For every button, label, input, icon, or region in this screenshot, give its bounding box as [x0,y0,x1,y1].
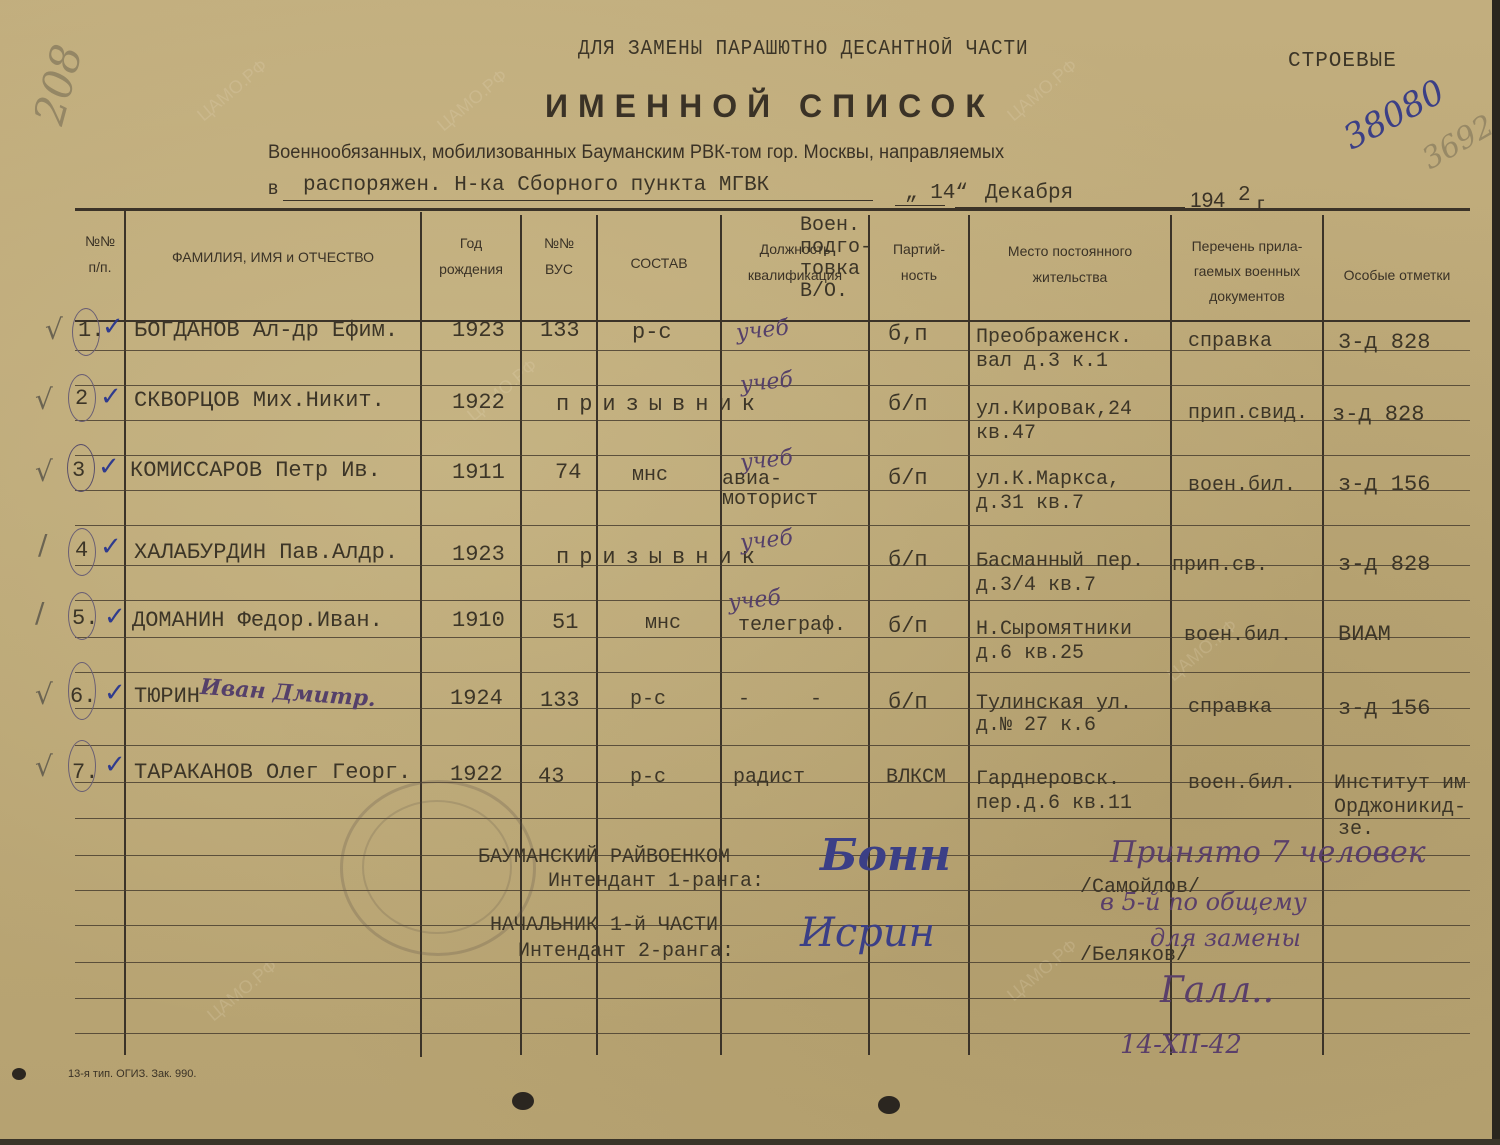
row-sostav: р-с [630,766,666,789]
row-num: 1. [78,318,104,343]
document-page [0,0,1500,1145]
row-rule [75,1033,1470,1034]
top-stamp: ДЛЯ ЗАМЕНЫ ПАРАШЮТНО ДЕСАНТНОЙ ЧАСТИ [578,38,1029,61]
row-rule [75,672,1470,673]
header-text: жительства [970,264,1170,290]
destination-underline [283,200,873,201]
header-text: товка [800,259,872,281]
row-notes: з-д 156 [1338,472,1430,497]
date-month: Декабря [985,182,1073,205]
blue-check-icon: ✓ [104,678,126,708]
blue-check-icon: ✓ [100,382,122,412]
row-num: 4 [75,538,88,563]
row-party: б/п [888,548,928,573]
row-birth-year: 1923 [452,542,505,567]
row-rule [75,525,1470,526]
row-name: БОГДАНОВ Ал-др Ефим. [134,318,398,343]
header-typed-overlay: Воен. подго- товка В/О. [800,215,872,303]
header-text: В/О. [800,281,872,303]
receipt-note-1: Принято 7 человек [1110,835,1426,870]
row-notes: з-д 828 [1332,402,1424,427]
header-text: Особые отметки [1324,262,1470,288]
header-text: рождения [422,256,520,282]
row-address-1: ул.К.Маркса, [976,468,1120,491]
row-num: 2 [75,386,88,411]
row-position: телеграф. [738,614,846,637]
printer-imprint: 13-я тип. ОГИЗ. Зак. 990. [68,1068,196,1080]
col-divider [720,215,722,1055]
row-documents: прип.св. [1172,554,1268,577]
rank1-line: Интендант 1-ранга: [548,870,764,893]
punch-hole [12,1068,26,1080]
row-name: ТАРАКАНОВ Олег Георг. [134,760,411,785]
header-text: №№ [75,228,125,254]
row-rule [75,745,1470,746]
row-address-2: кв.47 [976,422,1036,445]
header-text: п/п. [75,254,125,280]
row-name: ДОМАНИН Федор.Иван. [132,608,383,633]
header-text: ность [870,262,968,288]
row-sostav: р-с [630,688,666,711]
row-sostav: р-с [632,320,672,345]
row-documents: воен.бил. [1188,772,1296,795]
header-sostav: СОСТАВ [598,250,720,276]
header-text: документов [1172,284,1322,309]
row-birth-year: 1911 [452,460,505,485]
row-sostav: призывник [556,545,765,570]
header-text: Перечень прила- [1172,234,1322,259]
row-address-2: вал д.3 к.1 [976,350,1108,373]
row-address-2: д.№ 27 к.6 [976,714,1096,737]
row-name: ТЮРИН [134,684,200,709]
receipt-note-2: в 5-й по общему [1100,888,1307,916]
header-text: №№ [522,230,596,256]
header-text: подго- [800,237,872,259]
header-residence: Место постоянного жительства [970,238,1170,290]
row-party: б/п [888,392,928,417]
row-rule [75,962,1470,963]
header-text: ВУС [522,256,596,282]
row-address-2: пер.д.6 кв.11 [976,792,1132,815]
header-text: гаемых военных [1172,259,1322,284]
row-birth-year: 1910 [452,608,505,633]
pencil-check-icon: / [38,528,47,561]
header-vus: №№ ВУС [522,230,596,282]
header-num: №№ п/п. [75,228,125,280]
blue-check-icon: ✓ [98,452,120,482]
row-sostav: мнс [645,612,681,635]
blue-check-icon: ✓ [102,312,124,342]
row-birth-year: 1923 [452,318,505,343]
scan-edge-bottom [0,1139,1500,1145]
row-position-2: моторист [722,488,818,511]
dest-prefix: в [268,178,278,200]
row-address-1: Гарднеровск. [976,768,1120,791]
signature-1: Бонн [820,830,951,881]
year-suffix: 2 [1238,184,1251,207]
org-line: БАУМАНСКИЙ РАЙВОЕНКОМ [478,846,730,869]
col-divider [124,210,126,1055]
header-documents: Перечень прила- гаемых военных документо… [1172,234,1322,309]
receipt-signature: Галл.. [1160,970,1274,1011]
row-notes: з-д 156 [1338,696,1430,721]
row-party: б/п [888,466,928,491]
header-notes: Особые отметки [1324,262,1470,288]
pencil-check-icon: √ [35,678,53,711]
row-address-1: ул.Кировак,24 [976,398,1132,421]
row-vus: 43 [538,764,564,789]
pencil-check-icon: √ [35,383,53,416]
row-party: б,п [888,322,928,347]
row-num: 7. [72,760,98,785]
row-rule [75,818,1470,819]
header-birth-year: Год рождения [422,230,520,282]
row-address-1: Преображенск. [976,326,1132,349]
row-address-1: Басманный пер. [976,550,1144,573]
header-text: Год [422,230,520,256]
row-name: КОМИССАРОВ Петр Ив. [130,458,381,483]
header-party: Партий- ность [870,236,968,288]
row-documents: справка [1188,330,1272,353]
punch-hole [512,1092,534,1110]
row-documents: справка [1188,696,1272,719]
row-party: б/п [888,690,928,715]
row-documents: воен.бил. [1184,624,1292,647]
row-notes-2: Орджоникид- [1334,796,1466,819]
col-divider [968,215,970,1055]
header-text: Место постоянного [970,238,1170,264]
header-text: Воен. [800,215,872,237]
punch-hole [878,1096,900,1114]
row-birth-year: 1924 [450,686,503,711]
row-vus: 51 [552,610,578,635]
row-notes: ВИАМ [1338,622,1391,647]
pencil-check-icon: / [35,596,44,629]
chief-line: НАЧАЛЬНИК 1-й ЧАСТИ [490,914,718,937]
pencil-check-icon: √ [45,313,63,346]
destination-field: распоряжен. Н-ка Сборного пункта МГВК [303,174,769,197]
col-divider [1322,215,1324,1055]
row-position: радист [733,766,805,789]
pencil-check-icon: √ [35,455,53,488]
corner-stamp: СТРОЕВЫЕ [1288,50,1397,73]
signature-2: Исрин [800,910,935,956]
row-vus: 133 [540,688,580,713]
row-party: б/п [888,614,928,639]
row-notes: 3-д 828 [1338,330,1430,355]
receipt-date: 14-XII-42 [1120,1030,1242,1060]
rank2-line: Интендант 2-ранга: [518,940,734,963]
row-address-1: Н.Сыромятники [976,618,1132,641]
row-address-2: д.3/4 кв.7 [976,574,1096,597]
row-num: 6. [70,684,96,709]
row-address-1: Тулинская ул. [976,692,1132,715]
receipt-note-3: для замены [1150,924,1301,952]
row-num: 3 [72,458,85,483]
row-num: 5. [72,606,98,631]
row-notes: Институт им [1334,772,1466,795]
year-g: г. [1257,193,1268,217]
row-name: СКВОРЦОВ Мих.Никит. [134,388,385,413]
row-position: - - [738,688,822,711]
header-name: ФАМИЛИЯ, ИМЯ и ОТЧЕСТВО [126,244,420,270]
blue-check-icon: ✓ [104,602,126,632]
header-text: СОСТАВ [598,250,720,276]
row-documents: прип.свид. [1188,402,1308,425]
table-top-border [75,208,1470,211]
page-subtitle: Военнообязанных, мобилизованных Бауманск… [268,142,1004,164]
row-birth-year: 1922 [452,390,505,415]
row-documents: воен.бил. [1188,474,1296,497]
row-vus: 133 [540,318,580,343]
row-address-2: д.31 кв.7 [976,492,1084,515]
pencil-check-icon: √ [35,750,53,783]
row-sostav: мнс [632,464,668,487]
row-sostav: призывник [556,392,765,417]
blue-check-icon: ✓ [104,750,126,780]
blue-check-icon: ✓ [100,532,122,562]
org-name: БАУМАНСКИЙ РАЙВОЕНКОМ [478,846,730,869]
row-vus: 74 [555,460,581,485]
header-text: Партий- [870,236,968,262]
page-title: ИМЕННОЙ СПИСОК [545,88,995,125]
row-party: ВЛКСМ [886,766,946,789]
row-name: ХАЛАБУРДИН Пав.Алдр. [134,540,398,565]
day-underline [895,205,945,206]
header-text: ФАМИЛИЯ, ИМЯ и ОТЧЕСТВО [126,244,420,270]
scan-edge-right [1492,0,1500,1145]
date-day: „ 14“ [905,182,968,205]
row-address-2: д.6 кв.25 [976,642,1084,665]
row-notes: з-д 828 [1338,552,1430,577]
